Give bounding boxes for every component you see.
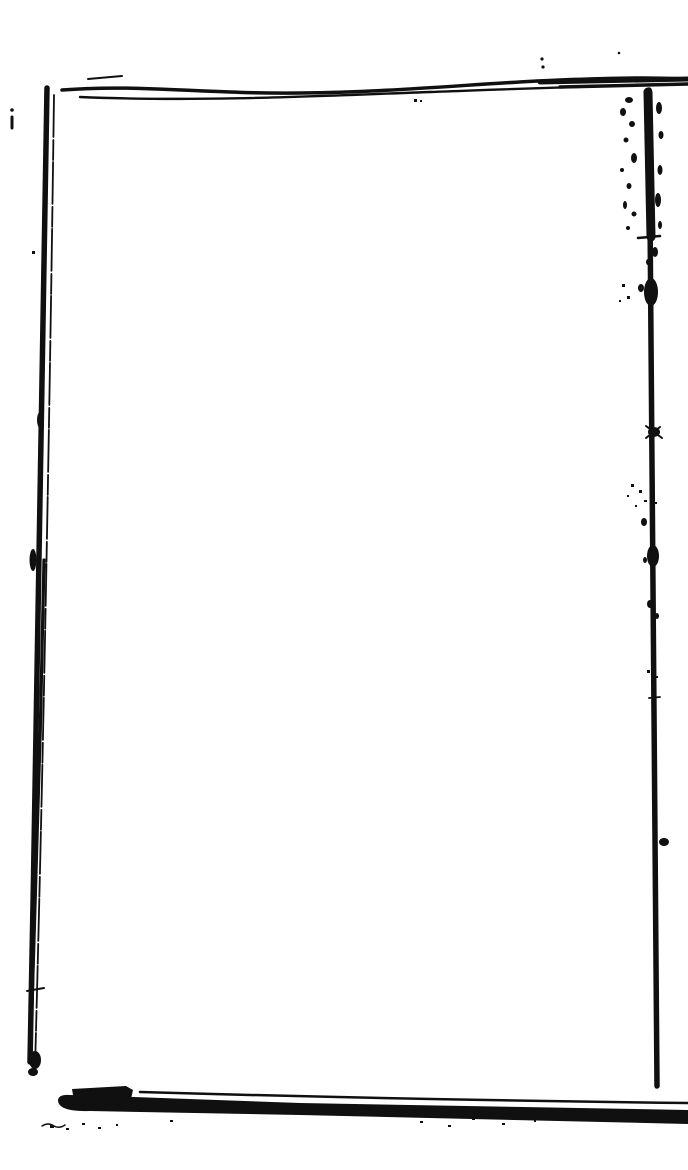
ink-smudge [652,247,658,257]
ink-smudge [655,193,661,207]
ink-smudge [631,153,637,163]
ink-smudge [620,168,624,172]
ink-smudge [625,97,633,103]
ink-smudge [629,121,635,127]
left-border-ink-swell [30,549,37,571]
ink-smudge [658,165,663,175]
ink-smudge [623,201,627,209]
ink-smudge [647,600,653,608]
stray-speck-top-right [618,52,621,55]
left-border-speck [32,251,35,254]
right-border-small-tick [649,697,660,698]
ink-smudge [659,131,664,139]
ink-smudge [643,557,647,563]
stray-colon-dot-1 [540,57,543,60]
stray-i-mark-dot [10,108,14,112]
ink-blotch-large [644,278,658,306]
ink-smudge [624,138,629,143]
ink-smudge [641,518,647,526]
left-border-bottom-hook-2 [28,1068,38,1076]
ink-smudge [627,183,632,189]
ink-smudge [646,259,650,265]
ink-blotch [647,545,659,567]
top-border-thickener-1 [540,79,688,82]
left-border-bottom-hook-1 [29,1051,41,1069]
scanned-blank-book-leaf [0,0,688,1170]
ink-smudge [656,102,662,114]
ink-smudge [655,613,659,619]
ink-smudge [620,108,626,116]
stray-colon-dot-2 [541,65,544,68]
left-border-ink-swell-2 [37,412,43,428]
ink-smudge-star [648,427,660,437]
ink-blob-isolated [659,838,669,846]
ink-smudge [632,212,637,217]
page-scan-canvas [0,0,688,1170]
paper-background [0,0,688,1170]
ink-smudge [638,284,644,292]
ink-smudge [626,226,630,230]
right-border-thick-top [648,92,651,237]
ink-smudge [658,221,662,229]
